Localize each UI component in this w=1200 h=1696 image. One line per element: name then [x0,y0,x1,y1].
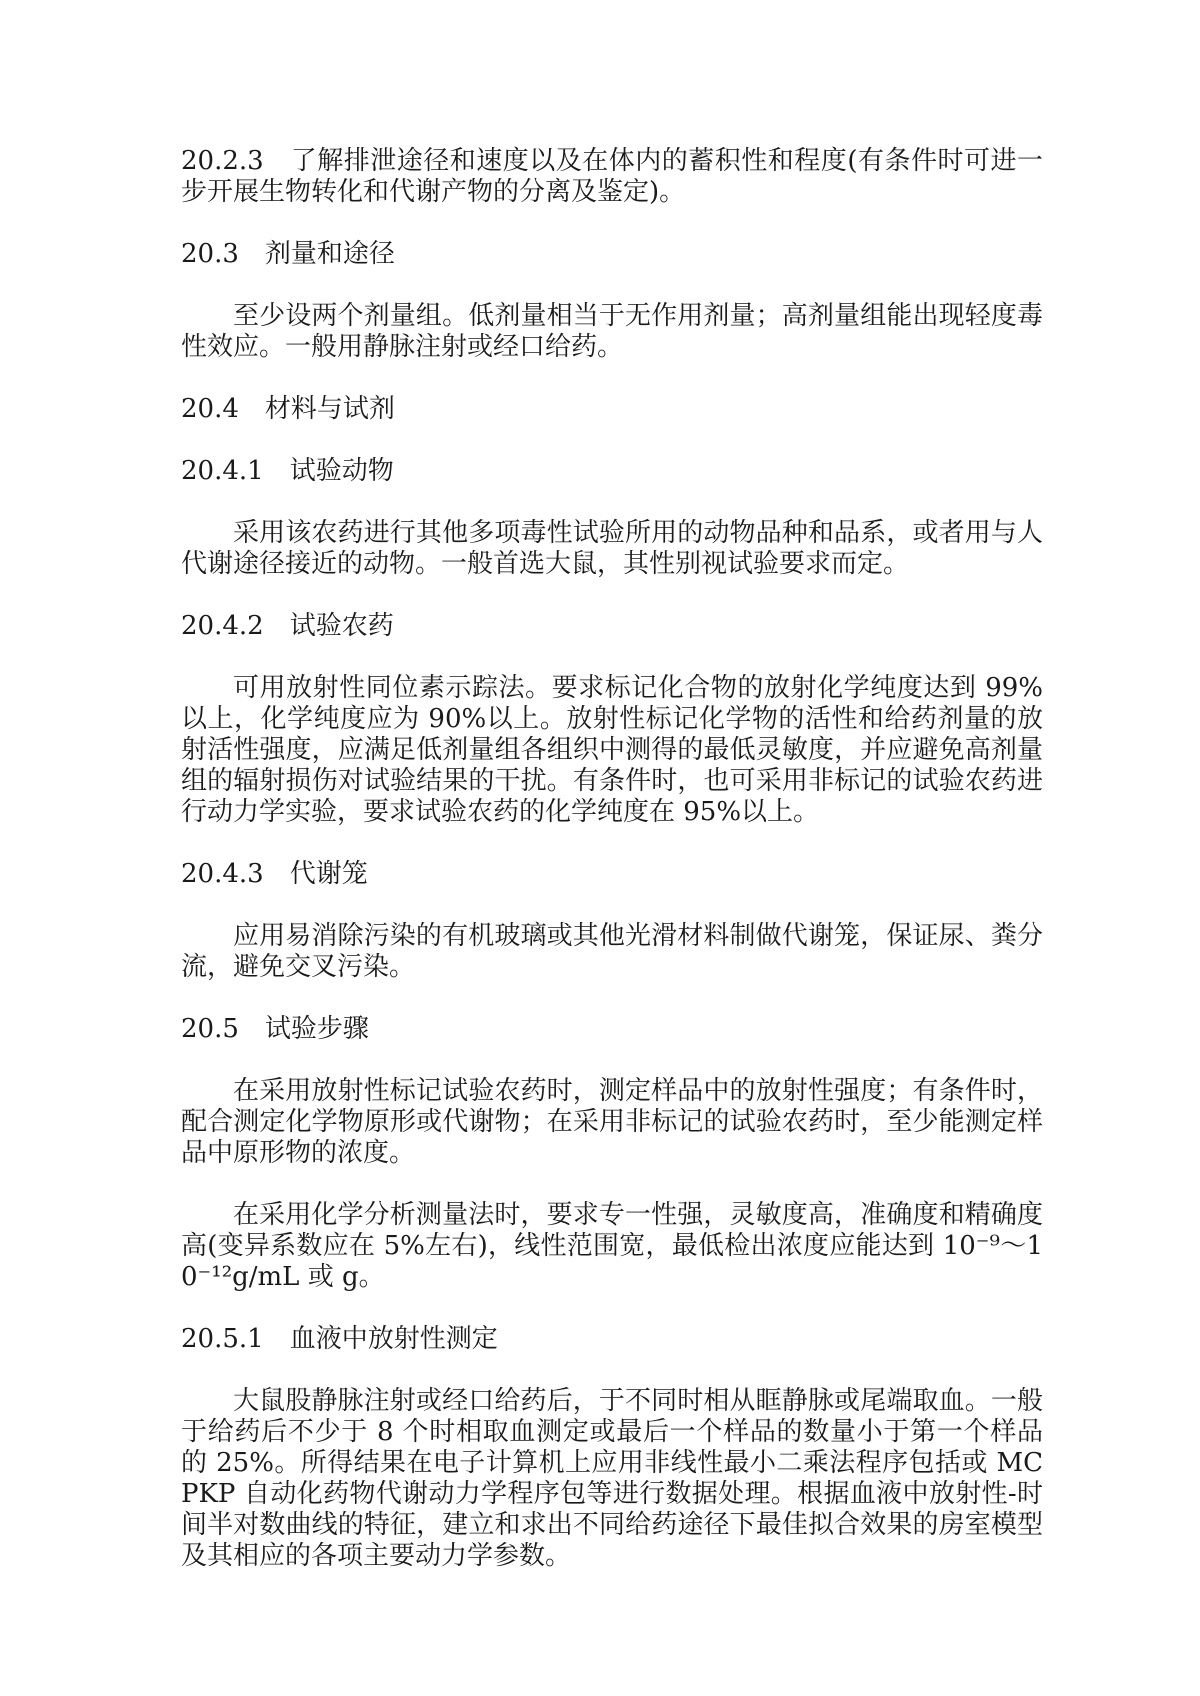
heading-20-3-dose-and-route: 20.3 剂量和途径 [181,239,1043,270]
para-test-pesticide: 可用放射性同位素示踪法。要求标记化合物的放射化学纯度达到 99%以上，化学纯度应… [181,673,1043,828]
heading-20-4-materials-reagents: 20.4 材料与试剂 [181,394,1043,425]
heading-20-4-1-test-animals: 20.4.1 试验动物 [181,456,1043,487]
para-metabolism-cage: 应用易消除污染的有机玻璃或其他光滑材料制做代谢笼，保证尿、粪分流，避免交叉污染。 [181,921,1043,983]
document-page: 20.2.3 了解排泄途径和速度以及在体内的蓄积性和程度(有条件时可进一步开展生… [0,0,1200,1696]
heading-20-4-3-metabolism-cage: 20.4.3 代谢笼 [181,859,1043,890]
para-blood-radioactivity: 大鼠股静脉注射或经口给药后，于不同时相从眶静脉或尾端取血。一般于给药后不少于 8… [181,1386,1043,1572]
clause-20-2-3-excretion: 20.2.3 了解排泄途径和速度以及在体内的蓄积性和程度(有条件时可进一步开展生… [181,146,1043,208]
para-dose-groups: 至少设两个剂量组。低剂量相当于无作用剂量；高剂量组能出现轻度毒性效应。一般用静脉… [181,301,1043,363]
heading-20-4-2-test-pesticide: 20.4.2 试验农药 [181,611,1043,642]
para-test-animals: 采用该农药进行其他多项毒性试验所用的动物品种和品系，或者用与人代谢途径接近的动物… [181,518,1043,580]
heading-20-5-1-blood-radioactivity: 20.5.1 血液中放射性测定 [181,1324,1043,1355]
document-text-column: 20.2.3 了解排泄途径和速度以及在体内的蓄积性和程度(有条件时可进一步开展生… [181,146,1043,1572]
para-chemical-analysis-method: 在采用化学分析测量法时，要求专一性强，灵敏度高，准确度和精确度高(变异系数应在 … [181,1200,1043,1293]
heading-20-5-test-procedure: 20.5 试验步骤 [181,1014,1043,1045]
para-radiolabeled-measurement: 在采用放射性标记试验农药时，测定样品中的放射性强度；有条件时，配合测定化学物原形… [181,1076,1043,1169]
